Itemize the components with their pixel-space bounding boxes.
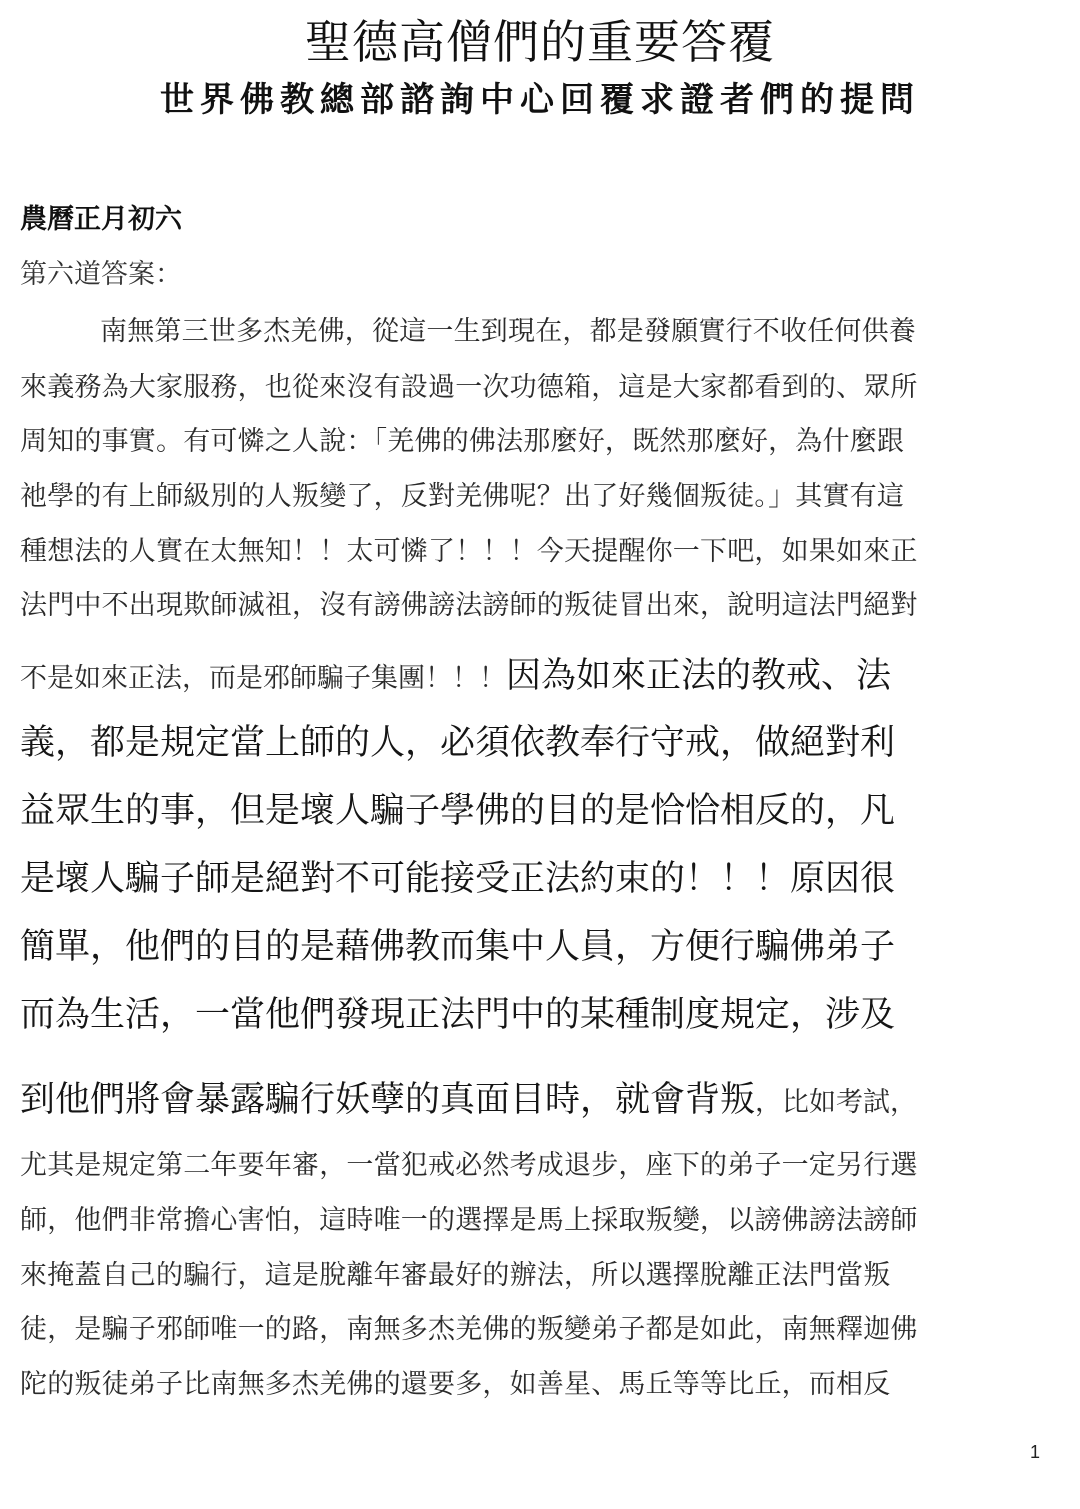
body-line: 來掩蓋自己的騙行，這是脫離年審最好的辦法，所以選擇脫離正法門當叛 bbox=[20, 1256, 890, 1296]
body-line: 周知的事實。有可憐之人說：「羌佛的佛法那麼好，既然那麼好，為什麼跟 bbox=[20, 422, 904, 462]
body-text-small: ，比如考試， bbox=[755, 1087, 917, 1118]
date-heading: 農曆正月初六 bbox=[20, 200, 182, 240]
body-text-emphasis: 到他們將會暴露騙行妖孽的真面目時，就會背叛 bbox=[20, 1080, 755, 1120]
body-line: 南無第三世多杰羌佛，從這一生到現在，都是發願實行不收任何供養 bbox=[100, 312, 916, 352]
body-text-emphasis: 因為如來正法的教戒、法 bbox=[506, 656, 891, 696]
body-line: 法門中不出現欺師滅祖，沒有謗佛謗法謗師的叛徒冒出來，說明這法門絕對 bbox=[20, 586, 918, 626]
body-line: 來義務為大家服務，也從來沒有設過一次功德箱，這是大家都看到的、眾所 bbox=[20, 368, 918, 408]
body-text-small: 不是如來正法，而是邪師騙子集團！！！ bbox=[20, 663, 506, 694]
body-line-emphasis: 而為生活，一當他們發現正法門中的某種制度規定，涉及 bbox=[20, 990, 895, 1040]
body-line: 祂學的有上師級別的人叛變了，反對羌佛呢？出了好幾個叛徒。」其實有這 bbox=[20, 477, 904, 517]
document-page: 聖德高僧們的重要答覆 世界佛教總部諮詢中心回覆求證者們的提問 農曆正月初六 第六… bbox=[0, 0, 1080, 1509]
body-line: 尤其是規定第二年要年審，一當犯戒必然考成退步，座下的弟子一定另行選 bbox=[20, 1146, 918, 1186]
body-line-emphasis: 是壞人騙子師是絕對不可能接受正法約束的！！！原因很 bbox=[20, 854, 895, 904]
body-line-emphasis: 簡單，他們的目的是藉佛教而集中人員，方便行騙佛弟子 bbox=[20, 922, 895, 972]
body-line-emphasis: 益眾生的事，但是壞人騙子學佛的目的是恰恰相反的，凡 bbox=[20, 786, 895, 836]
body-line-mixed: 不是如來正法，而是邪師騙子集團！！！因為如來正法的教戒、法 bbox=[20, 648, 891, 710]
body-line-mixed: 到他們將會暴露騙行妖孽的真面目時，就會背叛，比如考試， bbox=[20, 1072, 917, 1134]
answer-label: 第六道答案： bbox=[20, 255, 182, 295]
body-line-emphasis: 義，都是規定當上師的人，必須依教奉行守戒，做絕對利 bbox=[20, 718, 895, 768]
body-line: 陀的叛徒弟子比南無多杰羌佛的還要多，如善星、馬丘等等比丘，而相反 bbox=[20, 1365, 890, 1405]
body-line: 師，他們非常擔心害怕，這時唯一的選擇是馬上採取叛變，以謗佛謗法謗師 bbox=[20, 1201, 918, 1241]
page-number: 1 bbox=[1030, 1440, 1040, 1464]
body-line: 徒，是騙子邪師唯一的路，南無多杰羌佛的叛變弟子都是如此，南無釋迦佛 bbox=[20, 1310, 918, 1350]
body-line: 種想法的人實在太無知！！太可憐了！！！今天提醒你一下吧，如果如來正 bbox=[20, 532, 918, 572]
document-title: 聖德高僧們的重要答覆 bbox=[0, 12, 1080, 72]
document-subtitle: 世界佛教總部諮詢中心回覆求證者們的提問 bbox=[0, 76, 1080, 124]
